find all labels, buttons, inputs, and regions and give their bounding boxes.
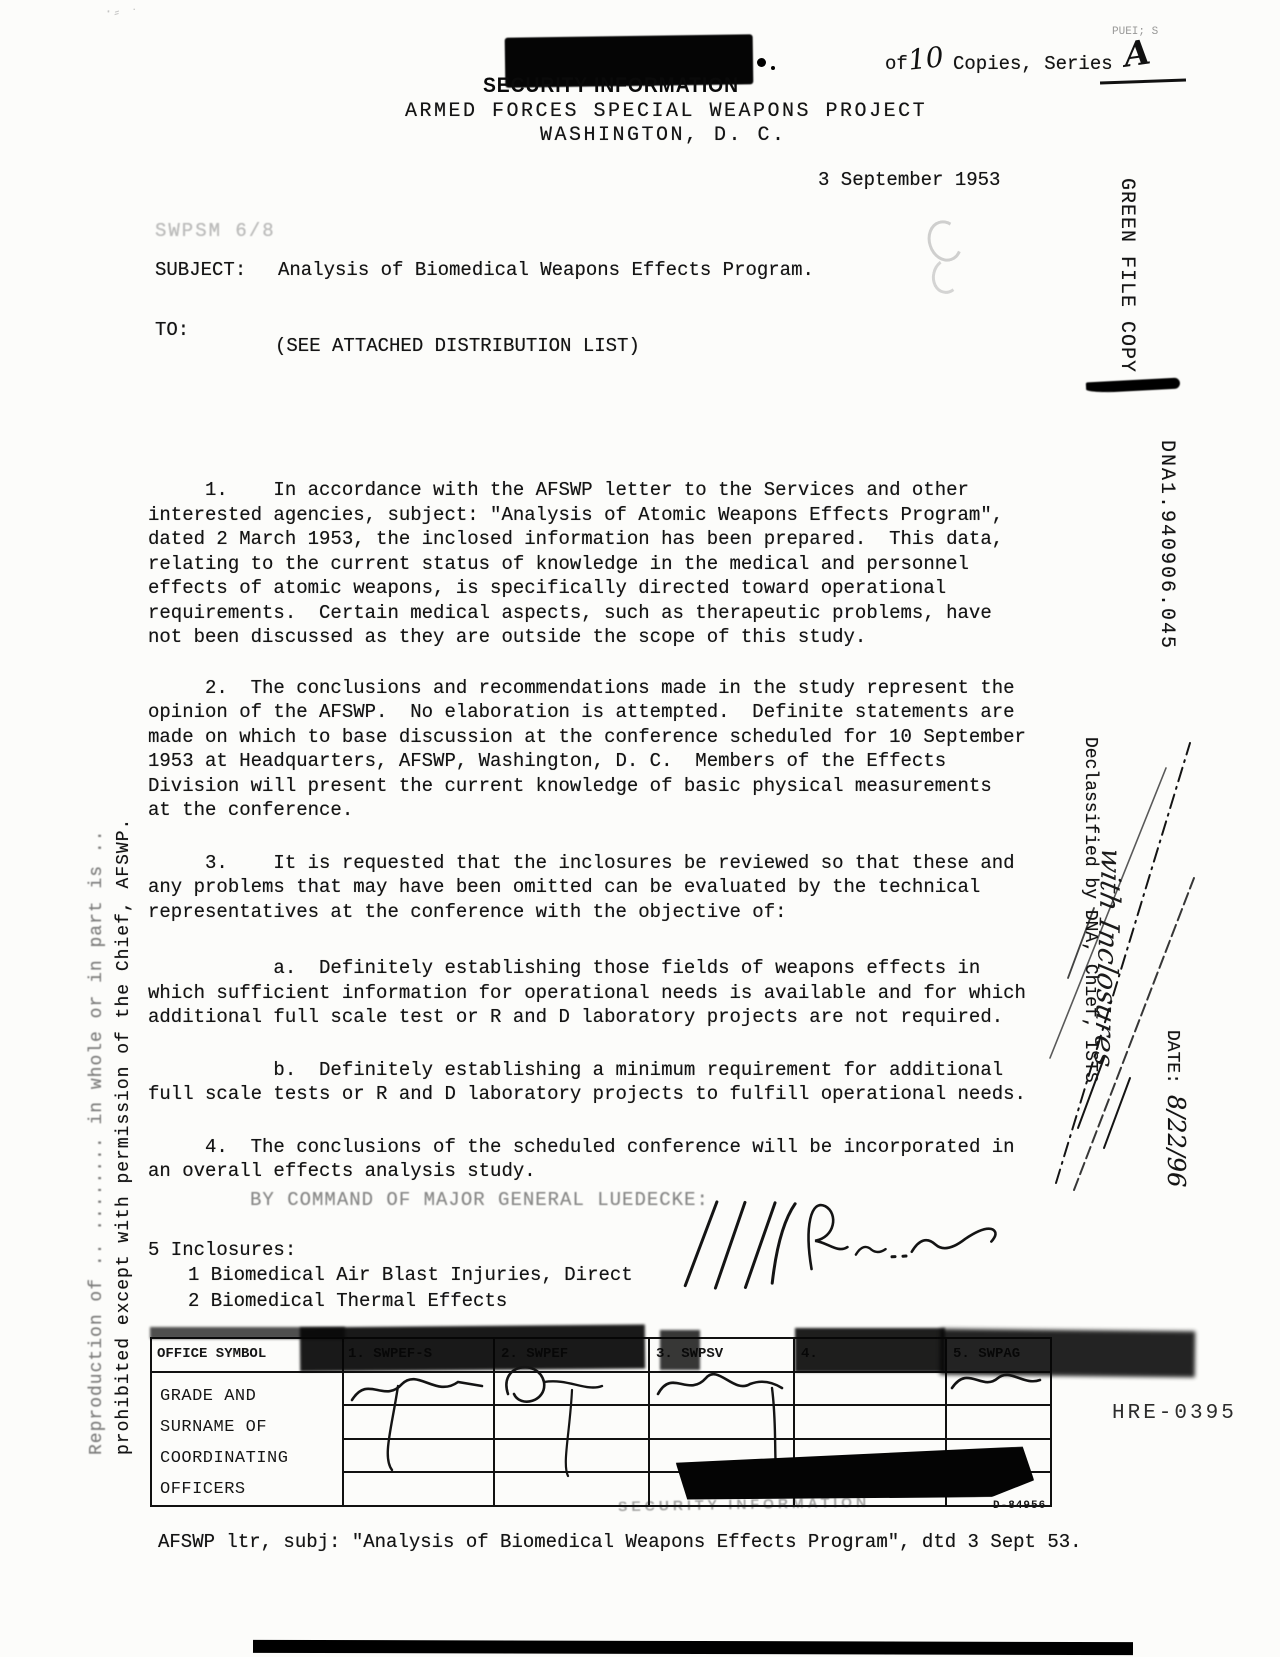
copies-series-label: Copies, Series [953, 52, 1113, 77]
corner-fragment: PUEI; S [1112, 26, 1158, 38]
copies-count-handwritten: 10 [906, 40, 945, 77]
row-label-line: OFFICERS [160, 1474, 288, 1505]
paragraph-3a: a. Definitely establishing those fields … [148, 956, 1098, 1030]
org-name: ARMED FORCES SPECIAL WEAPONS PROJECT [405, 100, 927, 125]
to-text: (SEE ATTACHED DISTRIBUTION LIST) [275, 334, 640, 359]
table-row-label: GRADE AND SURNAME OF COORDINATING OFFICE… [160, 1381, 288, 1505]
hre-number: HRE-0395 [1112, 1402, 1237, 1425]
paragraph-1: 1. In accordance with the AFSWP letter t… [148, 478, 1098, 650]
series-underline [1100, 79, 1186, 85]
ink-dot [757, 58, 766, 67]
inclosures-heading: 5 Inclosures: [148, 1238, 296, 1263]
archive-id: DNA1.940906.045 [1154, 440, 1179, 650]
subject-label: SUBJECT: [155, 258, 246, 283]
ink-dot [771, 66, 775, 70]
inclosure-item: 1 Biomedical Air Blast Injuries, Direct [188, 1263, 633, 1288]
command-line: BY COMMAND OF MAJOR GENERAL LUEDECKE: [250, 1188, 709, 1213]
redaction-bar-bottom [253, 1640, 1133, 1655]
series-letter-handwritten: A [1121, 32, 1153, 75]
green-file-copy-note: GREEN FILE COPY [1114, 178, 1139, 373]
reproduction-notice: Reproduction of .. ........ in whole or … [84, 818, 138, 1455]
reference-number: SWPSM 6/8 [155, 219, 276, 244]
footer-citation: AFSWP ltr, subj: "Analysis of Biomedical… [158, 1530, 1082, 1555]
scanned-memo-page: ·⸗ ˙ SECURITY INFORMATION of 10 Copies, … [0, 0, 1280, 1657]
signature-handwritten [652, 1171, 1008, 1307]
row-label-line: SURNAME OF [160, 1412, 288, 1443]
to-label: TO: [155, 318, 189, 343]
pencil-mark [929, 255, 966, 296]
paragraph-3: 3. It is requested that the inclosures b… [148, 851, 1098, 925]
letter-body: 1. In accordance with the AFSWP letter t… [148, 478, 1098, 1184]
letter-date: 3 September 1953 [818, 168, 1000, 193]
ink-scribble [1086, 378, 1180, 394]
doc-number: D-84956 [993, 1500, 1046, 1512]
reproduction-notice-line2: prohibited except with permission of the… [111, 818, 138, 1455]
table-header-cell: OFFICE SYMBOL [157, 1346, 266, 1362]
org-city: WASHINGTON, D. C. [540, 124, 787, 149]
row-label-line: GRADE AND [160, 1381, 288, 1412]
pencil-mark: ·⸗ ˙ [103, 4, 139, 25]
inclosure-item: 2 Biomedical Thermal Effects [188, 1289, 507, 1314]
copies-of-label: of [885, 52, 908, 77]
security-stamp: SECURITY INFORMATION [483, 74, 739, 98]
subject-text: Analysis of Biomedical Weapons Effects P… [278, 258, 814, 283]
paragraph-2: 2. The conclusions and recommendations m… [148, 676, 1098, 823]
paragraph-3b: b. Definitely establishing a minimum req… [148, 1058, 1098, 1107]
stamp-overprint [150, 1327, 345, 1339]
row-label-line: COORDINATING [160, 1443, 288, 1474]
reproduction-notice-line1: Reproduction of .. ........ in whole or … [84, 818, 111, 1455]
stamp-ghost: SECURITY INFORMATION [618, 1494, 870, 1514]
